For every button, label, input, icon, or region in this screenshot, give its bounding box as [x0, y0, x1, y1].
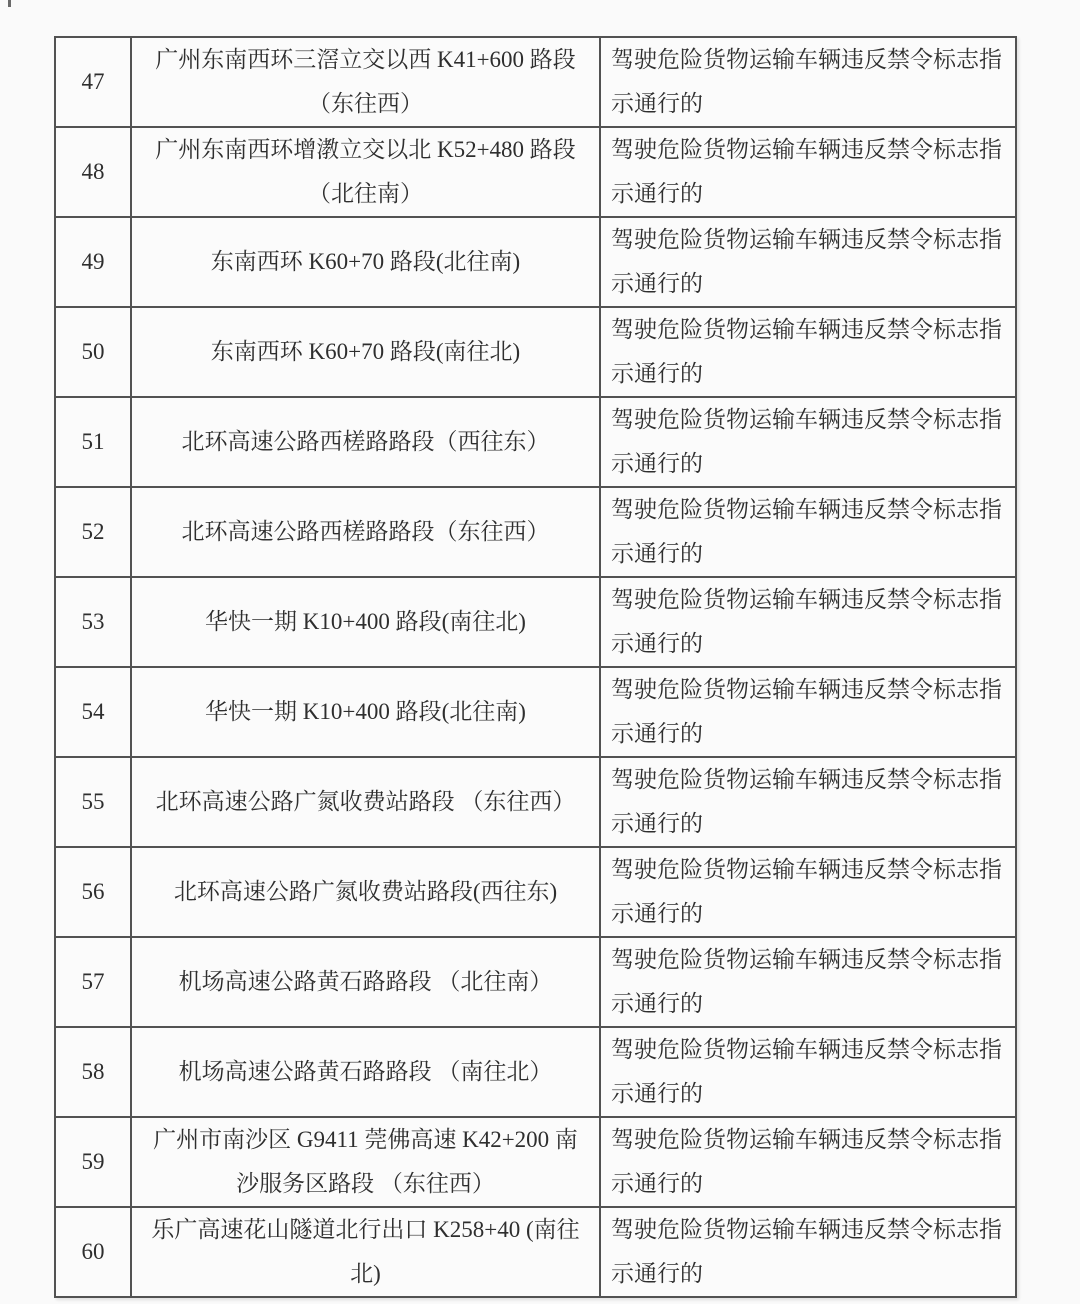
row-number-cell: 55 — [55, 757, 131, 847]
violation-cell: 驾驶危险货物运输车辆违反禁令标志指示通行的 — [600, 397, 1016, 487]
table-row: 49 东南西环 K60+70 路段(北往南) 驾驶危险货物运输车辆违反禁令标志指… — [55, 217, 1016, 307]
location-cell: 广州市南沙区 G9411 莞佛高速 K42+200 南沙服务区路段 （东往西） — [131, 1117, 600, 1207]
location-cell: 广州东南西环三滘立交以西 K41+600 路段（东往西） — [131, 37, 600, 127]
violation-cell: 驾驶危险货物运输车辆违反禁令标志指示通行的 — [600, 667, 1016, 757]
location-cell: 北环高速公路广氮收费站路段(西往东) — [131, 847, 600, 937]
table-row: 55 北环高速公路广氮收费站路段 （东往西） 驾驶危险货物运输车辆违反禁令标志指… — [55, 757, 1016, 847]
violation-cell: 驾驶危险货物运输车辆违反禁令标志指示通行的 — [600, 577, 1016, 667]
location-cell: 北环高速公路西槎路路段（东往西） — [131, 487, 600, 577]
page-edge-mark — [8, 0, 11, 7]
table-row: 56 北环高速公路广氮收费站路段(西往东) 驾驶危险货物运输车辆违反禁令标志指示… — [55, 847, 1016, 937]
row-number-cell: 56 — [55, 847, 131, 937]
table-row: 47 广州东南西环三滘立交以西 K41+600 路段（东往西） 驾驶危险货物运输… — [55, 37, 1016, 127]
location-cell: 华快一期 K10+400 路段(南往北) — [131, 577, 600, 667]
violation-cell: 驾驶危险货物运输车辆违反禁令标志指示通行的 — [600, 1027, 1016, 1117]
row-number-cell: 59 — [55, 1117, 131, 1207]
violation-cell: 驾驶危险货物运输车辆违反禁令标志指示通行的 — [600, 37, 1016, 127]
row-number-cell: 54 — [55, 667, 131, 757]
row-number-cell: 48 — [55, 127, 131, 217]
violation-cell: 驾驶危险货物运输车辆违反禁令标志指示通行的 — [600, 1207, 1016, 1297]
row-number-cell: 52 — [55, 487, 131, 577]
violation-cell: 驾驶危险货物运输车辆违反禁令标志指示通行的 — [600, 937, 1016, 1027]
violations-table: 47 广州东南西环三滘立交以西 K41+600 路段（东往西） 驾驶危险货物运输… — [54, 36, 1017, 1298]
violation-cell: 驾驶危险货物运输车辆违反禁令标志指示通行的 — [600, 1117, 1016, 1207]
table-row: 50 东南西环 K60+70 路段(南往北) 驾驶危险货物运输车辆违反禁令标志指… — [55, 307, 1016, 397]
location-cell: 机场高速公路黄石路路段 （南往北） — [131, 1027, 600, 1117]
row-number-cell: 49 — [55, 217, 131, 307]
location-cell: 北环高速公路广氮收费站路段 （东往西） — [131, 757, 600, 847]
document-page: 47 广州东南西环三滘立交以西 K41+600 路段（东往西） 驾驶危险货物运输… — [0, 0, 1080, 1304]
violation-cell: 驾驶危险货物运输车辆违反禁令标志指示通行的 — [600, 307, 1016, 397]
table-row: 51 北环高速公路西槎路路段（西往东） 驾驶危险货物运输车辆违反禁令标志指示通行… — [55, 397, 1016, 487]
table-body: 47 广州东南西环三滘立交以西 K41+600 路段（东往西） 驾驶危险货物运输… — [55, 37, 1016, 1297]
location-cell: 东南西环 K60+70 路段(北往南) — [131, 217, 600, 307]
location-cell: 乐广高速花山隧道北行出口 K258+40 (南往北) — [131, 1207, 600, 1297]
row-number-cell: 57 — [55, 937, 131, 1027]
row-number-cell: 50 — [55, 307, 131, 397]
row-number-cell: 58 — [55, 1027, 131, 1117]
location-cell: 广州东南西环增漖立交以北 K52+480 路段（北往南） — [131, 127, 600, 217]
table-row: 53 华快一期 K10+400 路段(南往北) 驾驶危险货物运输车辆违反禁令标志… — [55, 577, 1016, 667]
table-row: 58 机场高速公路黄石路路段 （南往北） 驾驶危险货物运输车辆违反禁令标志指示通… — [55, 1027, 1016, 1117]
violation-cell: 驾驶危险货物运输车辆违反禁令标志指示通行的 — [600, 127, 1016, 217]
table-row: 60 乐广高速花山隧道北行出口 K258+40 (南往北) 驾驶危险货物运输车辆… — [55, 1207, 1016, 1297]
row-number-cell: 51 — [55, 397, 131, 487]
table-row: 48 广州东南西环增漖立交以北 K52+480 路段（北往南） 驾驶危险货物运输… — [55, 127, 1016, 217]
violation-cell: 驾驶危险货物运输车辆违反禁令标志指示通行的 — [600, 757, 1016, 847]
location-cell: 东南西环 K60+70 路段(南往北) — [131, 307, 600, 397]
violation-cell: 驾驶危险货物运输车辆违反禁令标志指示通行的 — [600, 487, 1016, 577]
row-number-cell: 47 — [55, 37, 131, 127]
row-number-cell: 53 — [55, 577, 131, 667]
location-cell: 华快一期 K10+400 路段(北往南) — [131, 667, 600, 757]
location-cell: 北环高速公路西槎路路段（西往东） — [131, 397, 600, 487]
row-number-cell: 60 — [55, 1207, 131, 1297]
location-cell: 机场高速公路黄石路路段 （北往南） — [131, 937, 600, 1027]
violation-cell: 驾驶危险货物运输车辆违反禁令标志指示通行的 — [600, 847, 1016, 937]
table-row: 59 广州市南沙区 G9411 莞佛高速 K42+200 南沙服务区路段 （东往… — [55, 1117, 1016, 1207]
table-row: 54 华快一期 K10+400 路段(北往南) 驾驶危险货物运输车辆违反禁令标志… — [55, 667, 1016, 757]
table-row: 52 北环高速公路西槎路路段（东往西） 驾驶危险货物运输车辆违反禁令标志指示通行… — [55, 487, 1016, 577]
table-row: 57 机场高速公路黄石路路段 （北往南） 驾驶危险货物运输车辆违反禁令标志指示通… — [55, 937, 1016, 1027]
violation-cell: 驾驶危险货物运输车辆违反禁令标志指示通行的 — [600, 217, 1016, 307]
